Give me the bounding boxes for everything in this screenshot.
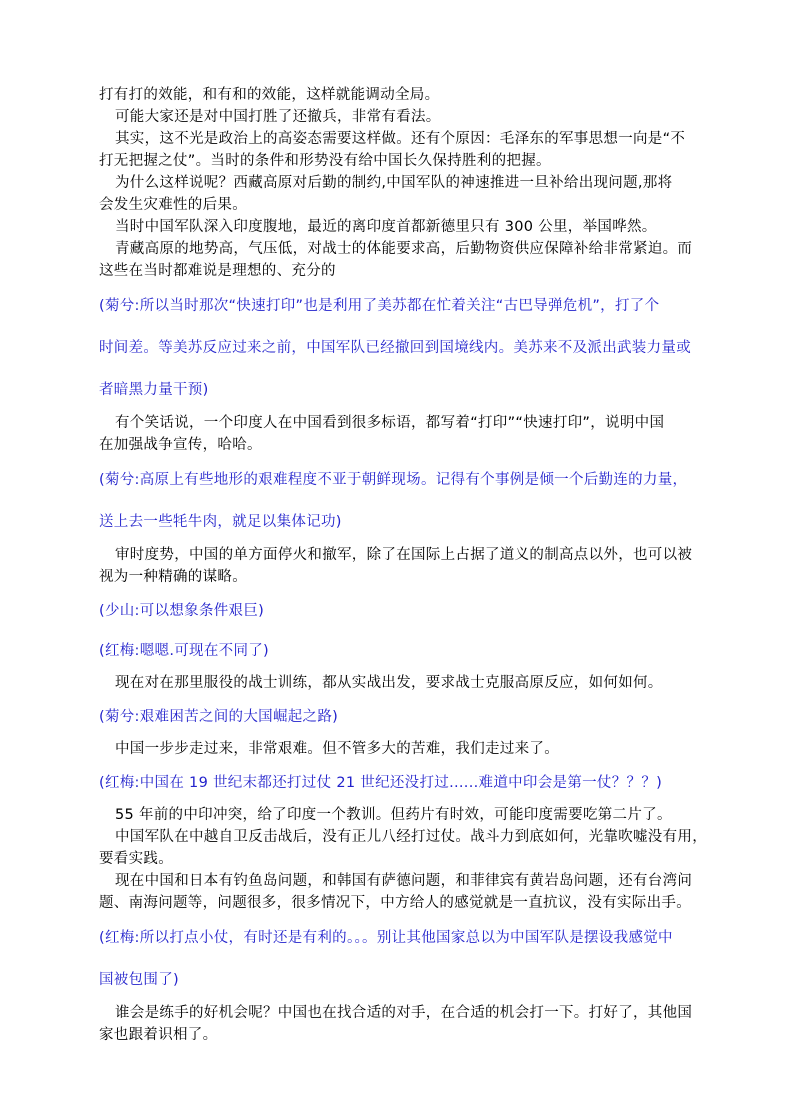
text-line: 者暗黑力量干预) [99,369,715,411]
body-paragraph: 可能大家还是对中国打胜了还撤兵，非常有看法。 [99,106,715,128]
body-paragraph: 现在中国和日本有钓鱼岛问题，和韩国有萨德问题，和菲律宾有黄岩岛问题，还有台湾问题… [99,870,715,914]
document-page: 打有打的效能，和有和的效能，这样就能调动全局。可能大家还是对中国打胜了还撤兵，非… [0,0,800,1100]
text-line: 为什么这样说呢？西藏高原对后勤的制约,中国军队的神速推进一旦补给出现问题,那将 [99,172,715,194]
text-line: (菊兮:所以当时那次“快速打印”也是利用了美苏都在忙着关注“古巴导弹危机”，打了… [99,285,715,327]
text-line: (红梅:嗯嗯.可现在不同了) [99,631,715,671]
text-line: 当时中国军队深入印度腹地，最近的离印度首都新德里只有 300 公里，举国哗然。 [99,216,715,238]
text-line: 会发生灾难性的后果。 [99,194,715,216]
text-line: (红梅:所以打点小仗，有时还是有利的。。。别让其他国家总以为中国军队是摆设我感觉… [99,917,715,959]
body-paragraph: 其实，这不光是政治上的高姿态需要这样做。还有个原因：毛泽东的军事思想一向是“不打… [99,128,715,172]
text-line: 家也跟着识相了。 [99,1024,715,1046]
text-line: (菊兮:高原上有些地形的艰难程度不亚于朝鲜现场。记得有个事例是倾一个后勤连的力量… [99,459,715,501]
body-paragraph: 青藏高原的地势高，气压低，对战士的体能要求高，后勤物资供应保障补给非常紧迫。而这… [99,238,715,282]
text-line: 送上去一些牦牛肉，就足以集体记功) [99,501,715,543]
text-line: 视为一种精确的谋略。 [99,566,715,588]
body-paragraph: 打有打的效能，和有和的效能，这样就能调动全局。 [99,84,715,106]
body-paragraph: 现在对在那里服役的战士训练，都从实战出发，要求战士克服高原反应，如何如何。 [99,672,715,694]
text-line: 中国军队在中越自卫反击战后，没有正儿八经打过仗。战斗力到底如何，光靠吹嘘没有用， [99,826,715,848]
comment-paragraph: (菊兮:高原上有些地形的艰难程度不亚于朝鲜现场。记得有个事例是倾一个后勤连的力量… [99,459,715,543]
text-line: 谁会是练手的好机会呢？中国也在找合适的对手，在合适的机会打一下。打好了，其他国 [99,1002,715,1024]
text-line: 时间差。等美苏反应过来之前，中国军队已经撤回到国境线内。美苏来不及派出武装力量或 [99,327,715,369]
comment-paragraph: (菊兮:艰难困苦之间的大国崛起之路) [99,697,715,737]
text-line: 现在中国和日本有钓鱼岛问题，和韩国有萨德问题，和菲律宾有黄岩岛问题，还有台湾问 [99,870,715,892]
comment-paragraph: (红梅:中国在 19 世纪末都还打过仗 21 世纪还没打过......难道中印会… [99,763,715,803]
body-paragraph: 中国军队在中越自卫反击战后，没有正儿八经打过仗。战斗力到底如何，光靠吹嘘没有用，… [99,826,715,870]
body-paragraph: 当时中国军队深入印度腹地，最近的离印度首都新德里只有 300 公里，举国哗然。 [99,216,715,238]
text-line: 青藏高原的地势高，气压低，对战士的体能要求高，后勤物资供应保障补给非常紧迫。而 [99,238,715,260]
text-line: 55 年前的中印冲突，给了印度一个教训。但药片有时效，可能印度需要吃第二片了。 [99,804,715,826]
comment-paragraph: (菊兮:所以当时那次“快速打印”也是利用了美苏都在忙着关注“古巴导弹危机”，打了… [99,285,715,411]
body-paragraph: 55 年前的中印冲突，给了印度一个教训。但药片有时效，可能印度需要吃第二片了。 [99,804,715,826]
text-line: 打有打的效能，和有和的效能，这样就能调动全局。 [99,84,715,106]
text-line: (红梅:中国在 19 世纪末都还打过仗 21 世纪还没打过......难道中印会… [99,763,715,803]
body-paragraph: 中国一步步走过来，非常艰难。但不管多大的苦难，我们走过来了。 [99,738,715,760]
body-paragraph: 有个笑话说，一个印度人在中国看到很多标语，都写着“打印”“快速打印”，说明中国在… [99,412,715,456]
comment-paragraph: (少山:可以想象条件艰巨) [99,591,715,631]
text-line: 现在对在那里服役的战士训练，都从实战出发，要求战士克服高原反应，如何如何。 [99,672,715,694]
body-paragraph: 为什么这样说呢？西藏高原对后勤的制约,中国军队的神速推进一旦补给出现问题,那将会… [99,172,715,216]
text-line: 打无把握之仗”。当时的条件和形势没有给中国长久保持胜利的把握。 [99,150,715,172]
body-paragraph: 谁会是练手的好机会呢？中国也在找合适的对手，在合适的机会打一下。打好了，其他国家… [99,1002,715,1046]
text-line: 中国一步步走过来，非常艰难。但不管多大的苦难，我们走过来了。 [99,738,715,760]
text-line: 国被包围了) [99,959,715,1001]
text-line: 有个笑话说，一个印度人在中国看到很多标语，都写着“打印”“快速打印”，说明中国 [99,412,715,434]
text-line: 可能大家还是对中国打胜了还撤兵，非常有看法。 [99,106,715,128]
comment-paragraph: (红梅:所以打点小仗，有时还是有利的。。。别让其他国家总以为中国军队是摆设我感觉… [99,917,715,1001]
text-line: 这些在当时都难说是理想的、充分的 [99,260,715,282]
comment-paragraph: (红梅:嗯嗯.可现在不同了) [99,631,715,671]
body-paragraph: 审时度势，中国的单方面停火和撤军，除了在国际上占据了道义的制高点以外，也可以被视… [99,544,715,588]
text-line: (菊兮:艰难困苦之间的大国崛起之路) [99,697,715,737]
text-line: 题、南海问题等，问题很多，很多情况下，中方给人的感觉就是一直抗议，没有实际出手。 [99,892,715,914]
text-line: 其实，这不光是政治上的高姿态需要这样做。还有个原因：毛泽东的军事思想一向是“不 [99,128,715,150]
text-line: 审时度势，中国的单方面停火和撤军，除了在国际上占据了道义的制高点以外，也可以被 [99,544,715,566]
text-line: (少山:可以想象条件艰巨) [99,591,715,631]
text-line: 要看实践。 [99,848,715,870]
text-line: 在加强战争宣传，哈哈。 [99,434,715,456]
